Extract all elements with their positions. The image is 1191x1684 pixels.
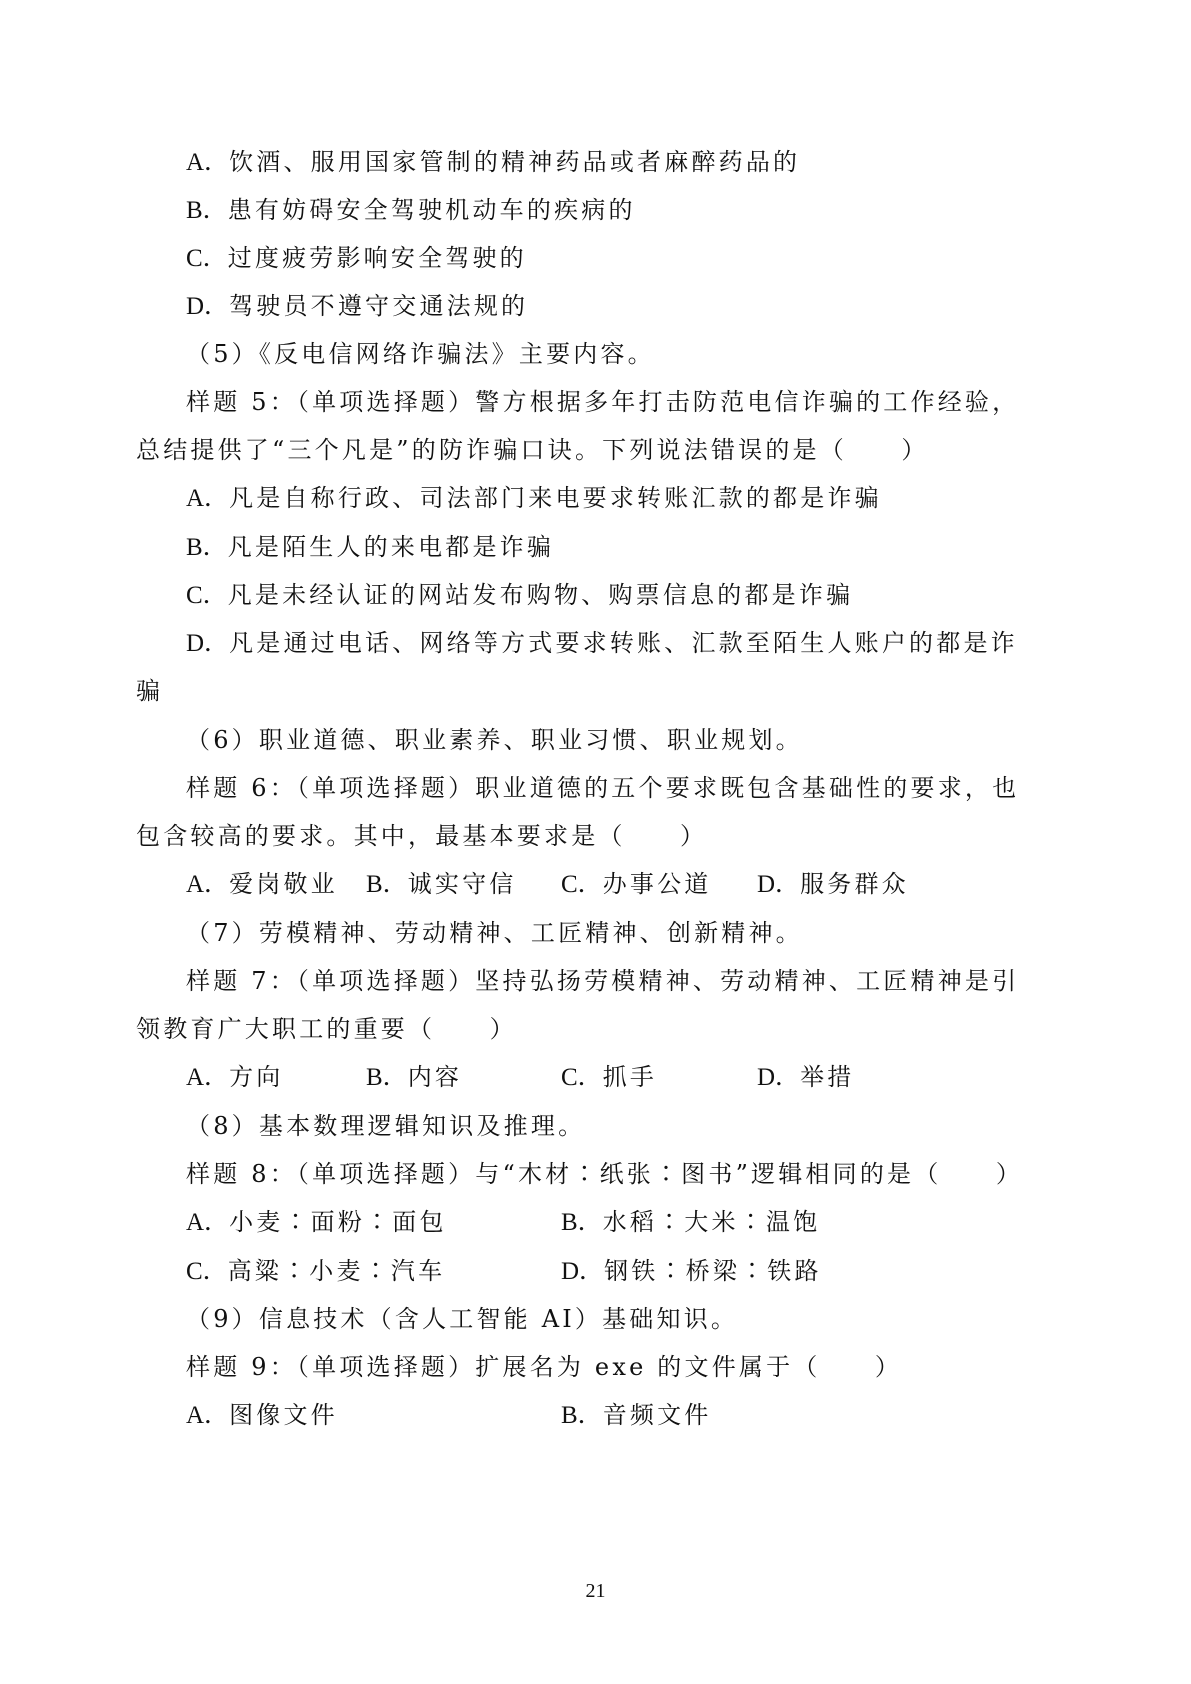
option-label: A．: [186, 149, 229, 176]
section8-heading: （8）基本数理逻辑知识及推理。: [186, 1111, 585, 1141]
section7-option-d: D．举措: [757, 1062, 854, 1093]
option-label: A．: [186, 1402, 229, 1429]
section6-question-line2: 包含较高的要求。其中，最基本要求是（ ）: [136, 821, 707, 851]
section5-option-d-continued: 骗: [136, 676, 163, 706]
section7-option-b: B．内容: [366, 1062, 462, 1093]
q4-option-c: C．过度疲劳影响安全驾驶的: [186, 243, 527, 274]
option-text: 服务群众: [800, 870, 909, 898]
option-text: 音频文件: [603, 1401, 712, 1429]
option-label: B．: [366, 1064, 408, 1091]
section8-option-a: A．小麦∶面粉∶面包: [186, 1207, 447, 1238]
option-text: 内容: [408, 1063, 462, 1091]
option-text: 饮酒、服用国家管制的精神药品或者麻醉药品的: [229, 148, 800, 176]
section6-option-c: C．办事公道: [561, 869, 712, 900]
option-text: 凡是自称行政、司法部门来电要求转账汇款的都是诈骗: [229, 484, 882, 512]
section5-option-d: D．凡是通过电话、网络等方式要求转账、汇款至陌生人账户的都是诈: [186, 628, 1018, 659]
q4-option-d: D．驾驶员不遵守交通法规的: [186, 291, 528, 322]
option-label: A．: [186, 871, 229, 898]
section7-option-c: C．抓手: [561, 1062, 657, 1093]
section6-option-b: B．诚实守信: [366, 869, 517, 900]
section6-heading: （6）职业道德、职业素养、职业习惯、职业规划。: [186, 725, 803, 755]
section5-option-a: A．凡是自称行政、司法部门来电要求转账汇款的都是诈骗: [186, 483, 882, 514]
option-label: D．: [186, 293, 229, 320]
option-text: 凡是未经认证的网站发布购物、购票信息的都是诈骗: [228, 581, 854, 609]
section7-question-line1: 样题 7：（单项选择题）坚持弘扬劳模精神、劳动精神、工匠精神是引: [186, 966, 1019, 996]
section5-question-line2: 总结提供了“三个凡是”的防诈骗口诀。下列说法错误的是（ ）: [136, 435, 929, 465]
option-text: 爱岗敬业: [229, 870, 338, 898]
option-text: 驾驶员不遵守交通法规的: [229, 292, 528, 320]
option-label: A．: [186, 1209, 229, 1236]
page-number: 21: [0, 1579, 1191, 1603]
option-label: C．: [186, 582, 228, 609]
section9-option-b: B．音频文件: [561, 1400, 712, 1431]
section9-option-a: A．图像文件: [186, 1400, 338, 1431]
option-label: B．: [186, 197, 228, 224]
option-text: 图像文件: [229, 1401, 338, 1429]
option-text: 办事公道: [603, 870, 712, 898]
option-label: A．: [186, 485, 229, 512]
option-text: 患有妨碍安全驾驶机动车的疾病的: [228, 196, 636, 224]
section5-option-b: B．凡是陌生人的来电都是诈骗: [186, 532, 554, 563]
section8-option-b: B．水稻∶大米∶温饱: [561, 1207, 820, 1238]
option-label: C．: [186, 245, 228, 272]
option-text: 小麦∶面粉∶面包: [229, 1208, 447, 1236]
option-text: 钢铁∶桥梁∶铁路: [604, 1257, 822, 1285]
section9-question-line1: 样题 9：（单项选择题）扩展名为 exe 的文件属于（ ）: [186, 1352, 902, 1382]
section7-option-a: A．方向: [186, 1062, 283, 1093]
section6-option-a: A．爱岗敬业: [186, 869, 338, 900]
option-label: D．: [186, 630, 229, 657]
option-label: D．: [561, 1258, 604, 1285]
option-text: 凡是陌生人的来电都是诈骗: [228, 533, 554, 561]
option-text: 高粱∶小麦∶汽车: [228, 1257, 446, 1285]
document-page: A．饮酒、服用国家管制的精神药品或者麻醉药品的 B．患有妨碍安全驾驶机动车的疾病…: [0, 0, 1191, 1684]
option-label: C．: [186, 1258, 228, 1285]
option-label: C．: [561, 871, 603, 898]
section8-option-d: D．钢铁∶桥梁∶铁路: [561, 1256, 822, 1287]
option-label: C．: [561, 1064, 603, 1091]
section8-option-c: C．高粱∶小麦∶汽车: [186, 1256, 445, 1287]
section5-heading: （5）《反电信网络诈骗法》主要内容。: [186, 339, 655, 369]
option-label: D．: [757, 1064, 800, 1091]
option-label: B．: [366, 871, 408, 898]
q4-option-a: A．饮酒、服用国家管制的精神药品或者麻醉药品的: [186, 147, 800, 178]
option-label: B．: [561, 1209, 603, 1236]
option-label: A．: [186, 1064, 229, 1091]
section7-question-line2: 领教育广大职工的重要（ ）: [136, 1014, 517, 1044]
option-text: 方向: [229, 1063, 283, 1091]
section5-option-c: C．凡是未经认证的网站发布购物、购票信息的都是诈骗: [186, 580, 853, 611]
option-text: 抓手: [603, 1063, 657, 1091]
option-text: 举措: [800, 1063, 854, 1091]
section6-question-line1: 样题 6：（单项选择题）职业道德的五个要求既包含基础性的要求，也: [186, 773, 1019, 803]
q4-option-b: B．患有妨碍安全驾驶机动车的疾病的: [186, 195, 636, 226]
section8-question-line1: 样题 8：（单项选择题）与“木材∶纸张∶图书”逻辑相同的是（ ）: [186, 1159, 1023, 1189]
option-label: D．: [757, 871, 800, 898]
option-label: B．: [186, 534, 228, 561]
option-label: B．: [561, 1402, 603, 1429]
section7-heading: （7）劳模精神、劳动精神、工匠精神、创新精神。: [186, 918, 803, 948]
section5-question-line1: 样题 5：（单项选择题）警方根据多年打击防范电信诈骗的工作经验，: [186, 387, 1019, 417]
section6-option-d: D．服务群众: [757, 869, 909, 900]
option-text: 水稻∶大米∶温饱: [603, 1208, 821, 1236]
option-text: 凡是通过电话、网络等方式要求转账、汇款至陌生人账户的都是诈: [229, 629, 1018, 657]
option-text: 诚实守信: [408, 870, 517, 898]
option-text: 过度疲劳影响安全驾驶的: [228, 244, 527, 272]
section9-heading: （9）信息技术（含人工智能 AI）基础知识。: [186, 1304, 738, 1334]
